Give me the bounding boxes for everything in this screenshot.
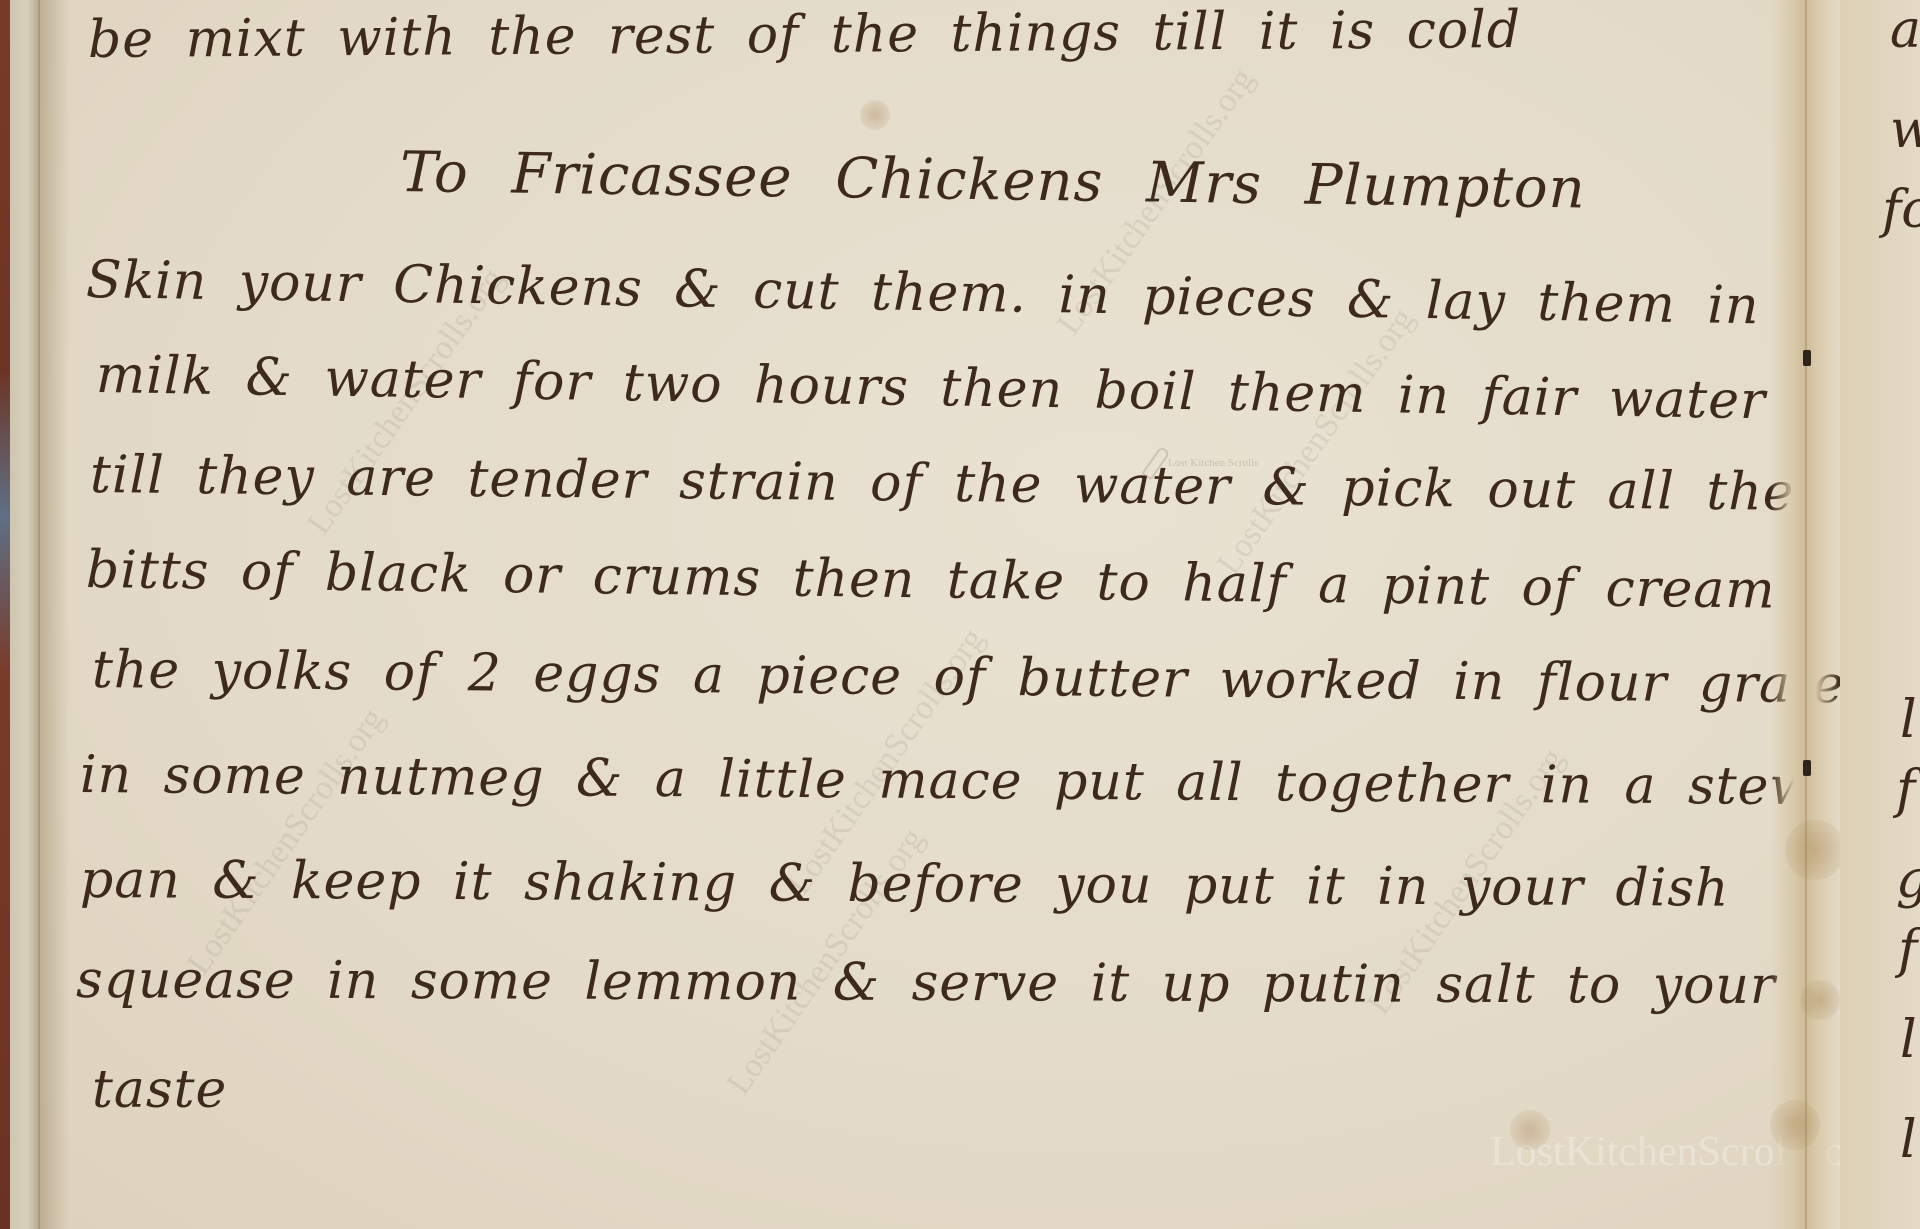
binding-thread bbox=[1803, 760, 1811, 776]
manuscript-line-11: taste bbox=[92, 1060, 227, 1120]
facing-page-fragment: l bbox=[1900, 690, 1917, 750]
facing-page-fragment: f bbox=[1898, 920, 1917, 980]
facing-page-fragment: l bbox=[1900, 1110, 1917, 1170]
book-binding bbox=[0, 0, 10, 1229]
facing-page-fragment: a bbox=[1890, 0, 1920, 60]
paper-stain bbox=[1510, 1110, 1550, 1150]
paper-stain bbox=[860, 100, 890, 130]
facing-page-fragment: f bbox=[1896, 760, 1915, 820]
page-edge-shadow bbox=[40, 0, 70, 1229]
facing-page-fragment: fo bbox=[1882, 180, 1920, 240]
manuscript-line-9: pan & keep it shaking & before you put i… bbox=[80, 850, 1730, 919]
paper-stain bbox=[1785, 820, 1845, 880]
manuscript-line-10: squease in some lemmon & serve it up put… bbox=[76, 950, 1776, 1016]
page-fold bbox=[1805, 0, 1807, 1229]
facing-page-fragment: w bbox=[1890, 100, 1920, 160]
manuscript-view: LostKitchenScrolls.org LostKitchenScroll… bbox=[0, 0, 1920, 1229]
facing-page-fragment: l bbox=[1900, 1010, 1917, 1070]
binding-thread bbox=[1803, 350, 1811, 366]
paper-stain bbox=[1770, 1100, 1820, 1150]
manuscript-line-1: be mixt with the rest of the things till… bbox=[88, 0, 1522, 70]
paper-stain bbox=[1800, 980, 1840, 1020]
left-page-edge bbox=[10, 0, 40, 1229]
manuscript-line-8: in some nutmeg & a little mace put all t… bbox=[80, 745, 1815, 817]
facing-page-fragment: g bbox=[1896, 850, 1920, 910]
